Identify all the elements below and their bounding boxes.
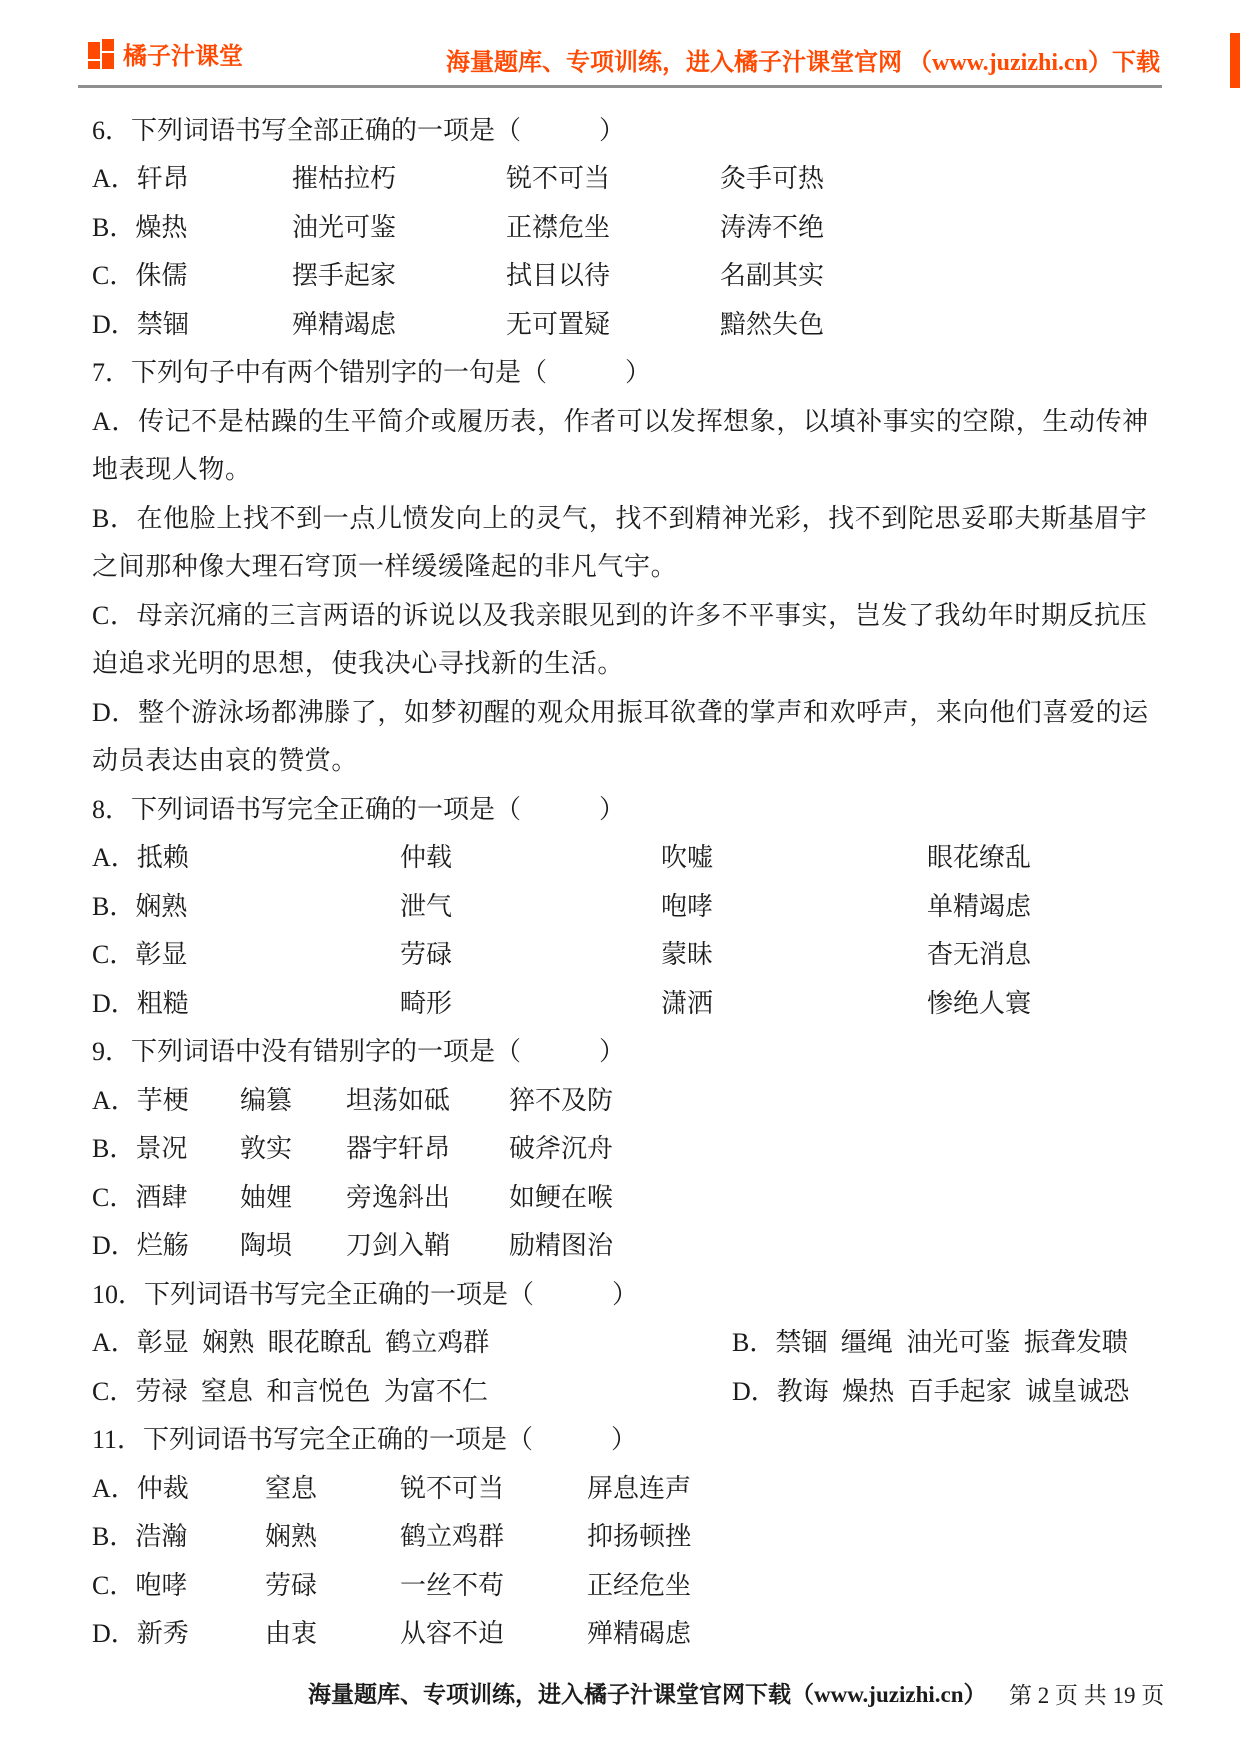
question-9-option-b: B．景况 敦实 器宇轩昂 破斧沉舟 [92,1123,1167,1172]
option-cell: 锐不可当 [506,158,720,195]
question-6-stem: 6．下列词语书写全部正确的一项是（ ） [92,104,1167,153]
option-cell: 陶埙 [240,1225,346,1262]
footer-promo-text: 海量题库、专项训练，进入橘子汁课堂官网下载（www.juzizhi.cn） [308,1676,987,1709]
option-cell: 刀剑入鞘 [346,1225,509,1262]
page-header: 橘子汁课堂 海量题库、专项训练，进入橘子汁课堂官网 （www.juzizhi.c… [0,0,1240,90]
question-11-option-b: B．浩瀚 娴熟 鹤立鸡群 抑扬顿挫 [92,1511,1167,1560]
corner-accent-bar [1230,33,1240,88]
option-cell: 无可置疑 [506,304,720,341]
logo-block [88,61,100,69]
option-cell: 器宇轩昂 [346,1128,509,1165]
exam-content: 6．下列词语书写全部正确的一项是（ ） A．轩昂 摧枯拉朽 锐不可当 灸手可热 … [92,104,1167,1656]
option-cell: 抑扬顿挫 [587,1516,1167,1553]
option-cell: B．禁锢 缰绳 油光可鉴 振聋发聩 [732,1322,1167,1359]
question-7-option-b-line-1: B．在他脸上找不到一点儿愤发向上的灵气，找不到精神光彩，找不到陀思妥耶夫斯基眉宇 [92,492,1167,541]
question-8-option-b: B．娴熟 泄气 咆哮 单精竭虑 [92,880,1167,929]
option-cell: 拭目以待 [506,255,720,292]
option-cell: 油光可鉴 [292,207,506,244]
option-cell: 锐不可当 [400,1468,587,1505]
option-cell: B．浩瀚 [92,1516,265,1553]
option-cell: C．咆哮 [92,1565,265,1602]
option-cell: A．仲裁 [92,1468,265,1505]
option-cell: 由衷 [265,1613,400,1650]
option-cell: D．新秀 [92,1613,265,1650]
option-cell: D．禁锢 [92,304,292,341]
option-cell: A．芋梗 [92,1080,240,1117]
option-cell: C．劳禄 窒息 和言悦色 为富不仁 [92,1371,732,1408]
option-cell: A．彰显 娴熟 眼花瞭乱 鹤立鸡群 [92,1322,732,1359]
option-cell: 鹤立鸡群 [400,1516,587,1553]
option-cell: D．烂觞 [92,1225,240,1262]
question-11-option-a: A．仲裁 窒息 锐不可当 屏息连声 [92,1462,1167,1511]
option-cell: 潇洒 [661,983,927,1020]
question-6-option-b: B．燥热 油光可鉴 正襟危坐 涛涛不绝 [92,201,1167,250]
question-9-option-d: D．烂觞 陶埙 刀剑入鞘 励精图治 [92,1220,1167,1269]
option-cell: 屏息连声 [587,1468,1167,1505]
question-9-stem: 9．下列词语中没有错别字的一项是（ ） [92,1026,1167,1075]
option-cell: C．侏儒 [92,255,292,292]
option-cell: B．娴熟 [92,886,400,923]
option-cell: 妯娌 [240,1177,346,1214]
option-cell: 劳碌 [400,934,661,971]
option-cell: 坦荡如砥 [346,1080,509,1117]
option-cell: 咆哮 [661,886,927,923]
option-cell: 黯然失色 [720,304,1167,341]
option-cell: 正经危坐 [587,1565,1167,1602]
question-8-option-c: C．彰显 劳碌 蒙昧 杳无消息 [92,929,1167,978]
question-10-options-cd: C．劳禄 窒息 和言悦色 为富不仁 D．教诲 燥热 百手起家 诚皇诚恐 [92,1365,1167,1414]
question-11-option-d: D．新秀 由衷 从容不迫 殚精碣虑 [92,1608,1167,1657]
option-cell: 敦实 [240,1128,346,1165]
option-cell: 劳碌 [265,1565,400,1602]
option-cell: 从容不迫 [400,1613,587,1650]
question-7-option-c-line-1: C．母亲沉痛的三言两语的诉说以及我亲眼见到的许多不平事实，岂发了我幼年时期反抗压 [92,589,1167,638]
option-cell: 正襟危坐 [506,207,720,244]
question-11-stem: 11．下列词语书写完全正确的一项是（ ） [92,1414,1167,1463]
question-6-option-d: D．禁锢 殚精竭虑 无可置疑 黯然失色 [92,298,1167,347]
option-cell: 惨绝人寰 [927,983,1167,1020]
logo-block [102,53,114,69]
question-7-option-a-line-1: A．传记不是枯躁的生平简介或履历表，作者可以发挥想象，以填补事实的空隙，生动传神 [92,395,1167,444]
option-cell: 窒息 [265,1468,400,1505]
option-cell: 单精竭虑 [927,886,1167,923]
option-cell: 摧枯拉朽 [292,158,506,195]
question-8-option-d: D．粗糙 畸形 潇洒 惨绝人寰 [92,977,1167,1026]
option-cell: A．抵赖 [92,837,400,874]
juzizhi-logo-icon [88,39,116,69]
option-cell: 猝不及防 [509,1080,1167,1117]
option-cell: 如鲠在喉 [509,1177,1167,1214]
option-cell: 畸形 [400,983,661,1020]
option-cell: 破斧沉舟 [509,1128,1167,1165]
question-8-option-a: A．抵赖 仲载 吹嘘 眼花缭乱 [92,832,1167,881]
page-footer: 海量题库、专项训练，进入橘子汁课堂官网下载（www.juzizhi.cn） 第 … [0,1676,1240,1716]
brand-logo: 橘子汁课堂 [88,36,243,71]
logo-block [102,39,114,51]
option-cell: D．教诲 燥热 百手起家 诚皇诚恐 [732,1371,1167,1408]
question-11-option-c: C．咆哮 劳碌 一丝不苟 正经危坐 [92,1559,1167,1608]
option-cell: 殚精碣虑 [587,1613,1167,1650]
option-cell: 励精图治 [509,1225,1167,1262]
page-number: 第 2 页 共 19 页 [1009,1677,1164,1710]
question-7-stem: 7．下列句子中有两个错别字的一句是（ ） [92,347,1167,396]
question-6-option-a: A．轩昂 摧枯拉朽 锐不可当 灸手可热 [92,153,1167,202]
question-9-option-a: A．芋梗 编篡 坦荡如砥 猝不及防 [92,1074,1167,1123]
option-cell: 名副其实 [720,255,1167,292]
option-cell: 眼花缭乱 [927,837,1167,874]
option-cell: 仲载 [400,837,661,874]
header-promo-text: 海量题库、专项训练，进入橘子汁课堂官网 （www.juzizhi.cn）下载 [446,42,1160,77]
option-cell: 殚精竭虑 [292,304,506,341]
option-cell: 旁逸斜出 [346,1177,509,1214]
option-cell: A．轩昂 [92,158,292,195]
question-10-stem: 10．下列词语书写完全正确的一项是（ ） [92,1268,1167,1317]
option-cell: C．彰显 [92,934,400,971]
option-cell: B．燥热 [92,207,292,244]
exam-page: 橘子汁课堂 海量题库、专项训练，进入橘子汁课堂官网 （www.juzizhi.c… [0,0,1240,1754]
logo-block [88,42,100,59]
option-cell: 摆手起家 [292,255,506,292]
option-cell: 泄气 [400,886,661,923]
option-cell: 娴熟 [265,1516,400,1553]
question-9-option-c: C．酒肆 妯娌 旁逸斜出 如鲠在喉 [92,1171,1167,1220]
question-7-option-b-line-2: 之间那种像大理石穹顶一样缓缓隆起的非凡气宇。 [92,541,1167,590]
option-cell: 吹嘘 [661,837,927,874]
option-cell: 编篡 [240,1080,346,1117]
question-7-option-c-line-2: 迫追求光明的思想，使我决心寻找新的生活。 [92,638,1167,687]
question-7-option-a-line-2: 地表现人物。 [92,444,1167,493]
option-cell: B．景况 [92,1128,240,1165]
option-cell: 一丝不苟 [400,1565,587,1602]
question-6-option-c: C．侏儒 摆手起家 拭目以待 名副其实 [92,250,1167,299]
question-8-stem: 8．下列词语书写完全正确的一项是（ ） [92,783,1167,832]
option-cell: 蒙昧 [661,934,927,971]
question-7-option-d-line-2: 动员表达由哀的赞赏。 [92,735,1167,784]
header-divider [78,85,1162,88]
option-cell: 灸手可热 [720,158,1167,195]
brand-name: 橘子汁课堂 [123,36,243,71]
option-cell: D．粗糙 [92,983,400,1020]
question-7-option-d-line-1: D．整个游泳场都沸滕了，如梦初醒的观众用振耳欲聋的掌声和欢呼声，来向他们喜爱的运 [92,686,1167,735]
question-10-options-ab: A．彰显 娴熟 眼花瞭乱 鹤立鸡群 B．禁锢 缰绳 油光可鉴 振聋发聩 [92,1317,1167,1366]
option-cell: C．酒肆 [92,1177,240,1214]
option-cell: 涛涛不绝 [720,207,1167,244]
option-cell: 杳无消息 [927,934,1167,971]
